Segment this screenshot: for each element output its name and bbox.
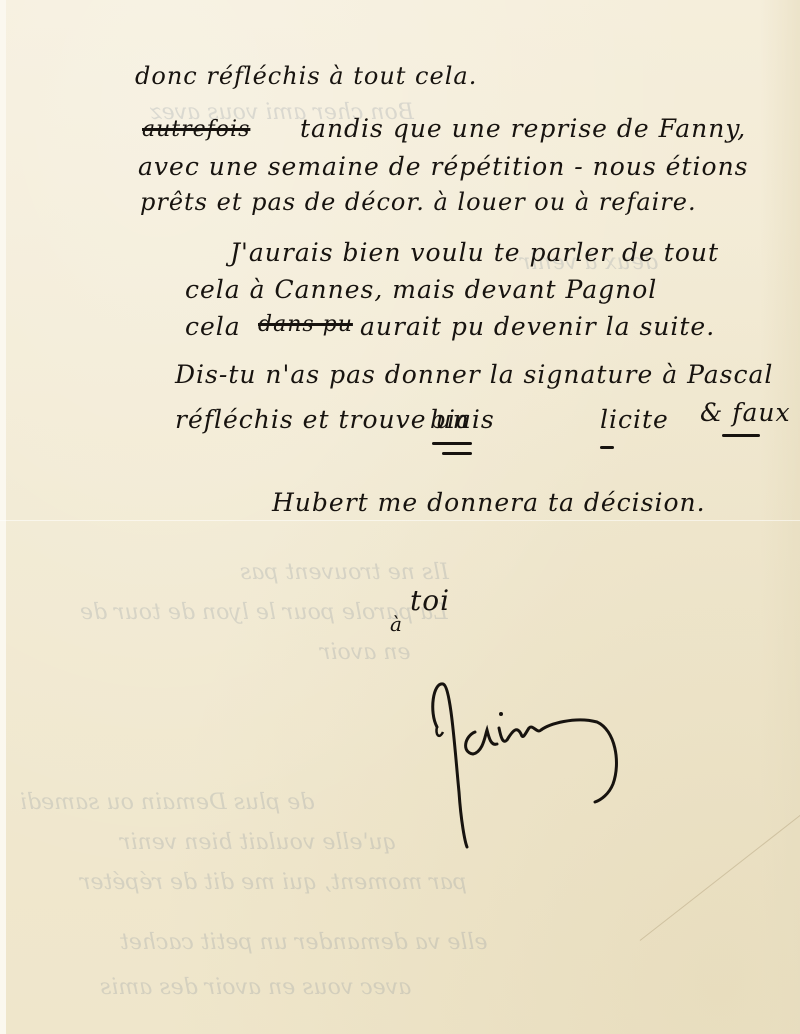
struck-word: dans pu (258, 312, 353, 337)
underlined-word: licite (600, 405, 669, 434)
show-through-text: en avoir (320, 640, 411, 665)
show-through-text: elle va demander un petit cachet (120, 930, 487, 955)
paper-right-edge (760, 0, 800, 1034)
letter-line: aurait pu devenir la suite. (360, 312, 715, 341)
underlined-word: & faux (700, 398, 791, 427)
underline-mark (722, 434, 760, 437)
letter-line: tandis que une reprise de Fanny, (300, 114, 746, 143)
closing-word: toi (410, 584, 450, 617)
letter-line: prêts et pas de décor. à louer ou à refa… (140, 188, 697, 216)
show-through-text: par moment, qui me dit de répéter (80, 870, 467, 895)
underline-mark (600, 446, 614, 449)
paper-fold (0, 520, 800, 521)
letter-line: donc réfléchis à tout cela. (135, 62, 477, 90)
letter-line: cela (185, 312, 241, 341)
underline-mark (442, 452, 472, 455)
underline-mark (432, 442, 472, 445)
letter-line: Dis-tu n'as pas donner la signature à Pa… (175, 360, 773, 389)
show-through-text: qu'elle voulait bien venir (120, 830, 397, 855)
signature: Raimu (425, 672, 645, 866)
struck-word: autrefois (142, 117, 250, 142)
show-through-text: avec vous en avoir des amis (100, 975, 411, 1000)
letter-line: cela à Cannes, mais devant Pagnol (185, 275, 657, 304)
letter-line: avec une semaine de répétition - nous ét… (138, 152, 749, 181)
underlined-word: biais (430, 405, 495, 434)
closing-word: à (390, 612, 403, 636)
paper-left-edge (0, 0, 6, 1034)
letter-line: Hubert me donnera ta décision. (272, 488, 706, 517)
show-through-text: Ils ne trouvent pas (240, 560, 449, 585)
show-through-text: de plus Demain ou samedi (20, 790, 314, 815)
letter-page: Bon cher ami vous avez deux à venir Ils … (0, 0, 800, 1034)
letter-line: réfléchis et trouve un (175, 405, 470, 434)
letter-line: J'aurais bien voulu te parler de tout (230, 238, 719, 267)
signature-icon (425, 672, 645, 862)
